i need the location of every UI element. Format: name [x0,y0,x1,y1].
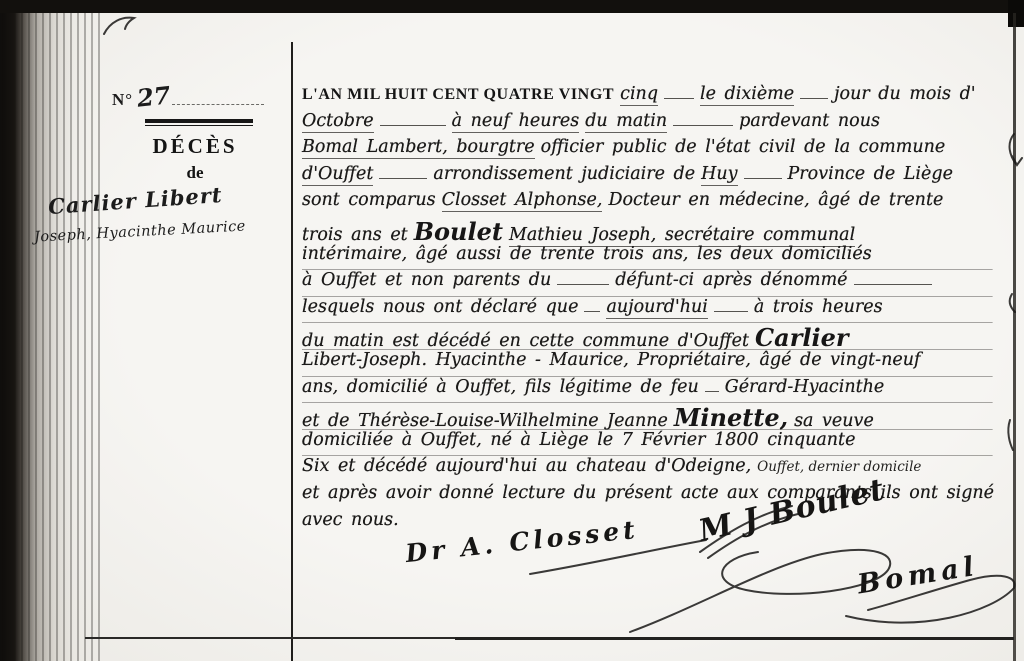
scan-top-edge [0,0,1024,13]
act-type-subheading: de [95,163,295,183]
handwritten-text: sa veuve [794,411,874,431]
handwritten-text: Bomal Lambert, bourgtre [302,137,535,159]
handwritten-text: Docteur en médecine, âgé de trente [608,190,943,210]
handwritten-text: trois ans et [302,225,408,245]
act-line: intérimaire, âgé aussi de trente trois a… [302,244,1014,271]
act-line: avec nous. [302,510,1014,537]
handwritten-text: officier public de l'état civil de la co… [541,137,946,157]
blank-fill-rule [744,167,782,179]
signature-bomal: Bomal [855,551,981,601]
act-line: lesquels nous ont déclaré queaujourd'hui… [302,297,1014,324]
act-number-row: N°27 [112,82,264,111]
handwritten-text: pardevant nous [739,111,880,131]
act-line: et après avoir donné lecture du présent … [302,483,1014,510]
act-line: et de Thérèse-Louise-Wilhelmine JeanneMi… [302,403,1014,430]
act-line: Libert-Joseph. Hyacinthe - Maurice, Prop… [302,350,1014,377]
handwritten-text: à neuf heures [452,111,580,133]
handwritten-text: Gérard-Hyacinthe [725,377,885,397]
act-line: Octobreà neuf heuresdu matinpardevant no… [302,111,1014,138]
handwritten-text: intérimaire, âgé aussi de trente trois a… [302,244,872,264]
scanned-register-page: N°27 DÉCÈS de Carlier Libert Joseph, Hya… [0,0,1024,661]
act-number-value: 27 [136,80,172,112]
handwritten-text: et de Thérèse-Louise-Wilhelmine Jeanne [302,411,668,431]
handwritten-text: à Ouffet et non parents du [302,270,551,290]
handwritten-text: sont comparus [302,190,436,210]
handwritten-text: Six et décédé aujourd'hui au chateau d'O… [302,456,751,476]
book-binding-edge [0,0,100,661]
handwritten-text: Province de Liège [788,164,953,184]
act-line: trois ans etBouletMathieu Joseph, secrét… [302,217,1014,244]
blank-fill-rule [854,273,932,285]
act-line: L'AN MIL HUIT CENT QUATRE VINGTcinqle di… [302,84,1014,111]
blank-fill-rule [800,87,828,99]
handwritten-text: domiciliée à Ouffet, né à Liège le 7 Fév… [302,430,855,450]
act-type-heading: DÉCÈS [95,134,295,159]
act-line: Six et décédé aujourd'hui au chateau d'O… [302,456,1014,483]
blank-fill-rule [705,380,719,392]
handwritten-text: avec nous. [302,510,399,530]
act-line: du matin est décédé en cette commune d'O… [302,323,1014,350]
handwritten-text: et après avoir donné lecture du présent … [302,483,994,503]
handwritten-text: d'Ouffet [302,164,373,186]
act-line: Bomal Lambert, bourgtreofficier public d… [302,137,1014,164]
handwritten-text: cinq [620,84,658,106]
act-line: sont comparusClosset Alphonse,Docteur en… [302,190,1014,217]
act-line: d'Ouffetarrondissement judiciaire deHuyP… [302,164,1014,191]
act-line: à Ouffet et non parents dudéfunt-ci aprè… [302,270,1014,297]
act-number-label: N° [112,90,133,109]
handwritten-text: ans, domicilié à Ouffet, fils légitime d… [302,377,699,397]
blank-fill-rule [380,114,446,126]
blank-fill-rule [379,167,427,179]
blank-fill-rule [673,114,733,126]
handwritten-text: Octobre [302,111,374,133]
stray-mark-top-left [104,18,134,34]
handwritten-text: Carlier [755,323,848,352]
handwritten-text: défunt-ci après dénommé [615,270,847,290]
printed-form-text: L'AN MIL HUIT CENT QUATRE VINGT [302,86,614,103]
handwritten-text: Boulet [414,217,503,246]
scan-top-right-corner [1008,0,1024,27]
handwritten-text: Ouffet, dernier domicile [757,459,921,475]
handwritten-text: Libert-Joseph. Hyacinthe - Maurice, Prop… [302,350,920,370]
handwritten-text: du matin est décédé en cette commune d'O… [302,331,749,351]
blank-fill-rule [584,300,600,312]
bomal-loop-flourish [630,550,890,632]
handwritten-text: à trois heures [754,297,883,317]
act-line: ans, domicilié à Ouffet, fils légitime d… [302,377,1014,404]
act-body-text: L'AN MIL HUIT CENT QUATRE VINGTcinqle di… [302,84,1014,536]
act-number-blank-rule [172,90,264,105]
handwritten-text: Minette, [674,403,788,432]
handwritten-text: du matin [585,111,667,133]
handwritten-text: aujourd'hui [606,297,707,319]
handwritten-text: le dixième [700,84,794,106]
blank-fill-rule [714,300,748,312]
handwritten-text: jour du mois d' [834,84,975,104]
handwritten-text: arrondissement judiciaire de [433,164,695,184]
handwritten-text: Closset Alphonse, [442,190,603,212]
margin-double-rule [145,119,253,126]
handwritten-text: lesquels nous ont déclaré que [302,297,578,317]
bottom-horizontal-rule [85,637,1014,639]
act-line: domiciliée à Ouffet, né à Liège le 7 Fév… [302,430,1014,457]
handwritten-text: Huy [701,164,737,186]
blank-fill-rule [664,87,694,99]
blank-fill-rule [557,273,609,285]
